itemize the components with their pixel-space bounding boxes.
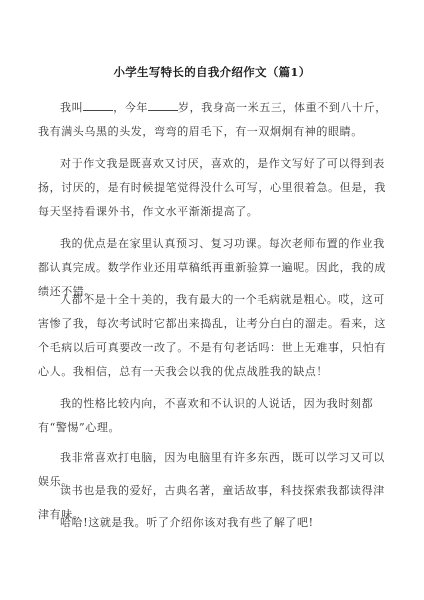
age-blank: [148, 99, 178, 111]
paragraph-weakness: 人都不是十全十美的，我有最大的一个毛病就是粗心。哎，这可害惨了我，每次考试时它都…: [38, 288, 388, 384]
paragraph-writing: 对于作文我是既喜欢又讨厌，喜欢的，是作文写好了可以得到表扬，讨厌的，是有时候提笔…: [38, 152, 388, 224]
paragraph-personality: 我的性格比较内向，不喜欢和不认识的人说话，因为我时刻都有“警惕”心理。: [38, 392, 388, 440]
text-fragment: ，今年: [113, 101, 148, 114]
document-page: 小学生写特长的自我介绍作文（篇1） 我叫，今年岁，我身高一米五三，体重不到八十斤…: [0, 0, 424, 600]
paragraph-closing: 哈哈!这就是我。听了介绍你该对我有些了解了吧!: [38, 511, 388, 535]
document-title: 小学生写特长的自我介绍作文（篇1）: [0, 64, 424, 80]
text-fragment: 我叫: [60, 101, 83, 114]
paragraph-intro: 我叫，今年岁，我身高一米五三，体重不到八十斤，我有满头乌黑的头发，弯弯的眉毛下，…: [38, 96, 388, 144]
name-blank: [83, 99, 113, 111]
